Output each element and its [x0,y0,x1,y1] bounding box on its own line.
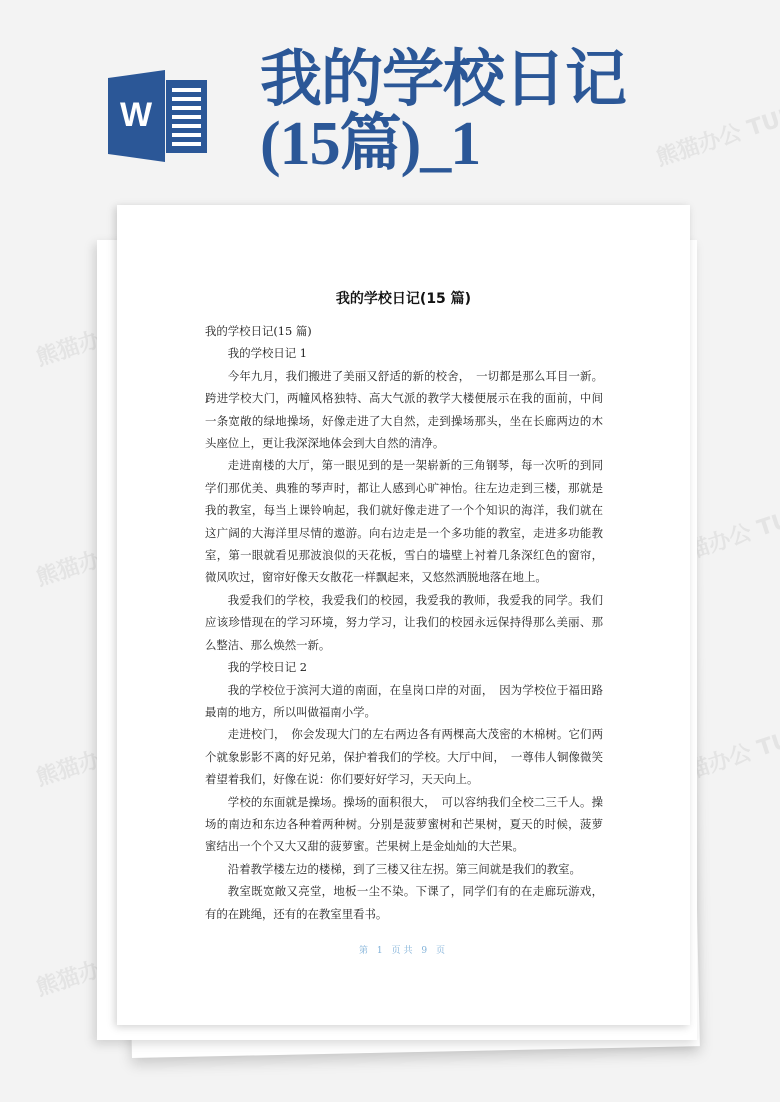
paragraph: 今年九月，我们搬进了美丽又舒适的新的校舍， 一切都是那么耳目一新。跨进学校大门，… [205,365,603,455]
word-document-icon: W [108,70,208,162]
document-title: 我的学校日记(15 篇) [117,288,690,308]
section-heading: 我的学校日记 2 [205,656,603,678]
paragraph: 沿着教学楼左边的楼梯，到了三楼又往左拐。第三间就是我们的教室。 [205,858,603,880]
document-page: 我的学校日记(15 篇) 我的学校日记(15 篇) 我的学校日记 1 今年九月，… [117,205,690,1025]
watermark: 熊猫办公 TUKUPPT.COM [652,59,780,173]
paragraph: 学校的东面就是操场。操场的面积很大， 可以容纳我们全校二三千人。操场的南边和东边… [205,791,603,858]
paragraph: 我的学校位于滨河大道的南面，在皇岗口岸的对面， 因为学校位于福田路最南的地方，所… [205,679,603,724]
page-number-footer: 第 1 页共 9 页 [117,943,690,956]
page-title: 我的学校日记(15篇)_1 [260,48,640,176]
paragraph: 教室既宽敞又亮堂，地板一尘不染。下课了，同学们有的在走廊玩游戏，有的在跳绳，还有… [205,880,603,925]
section-heading: 我的学校日记 1 [205,342,603,364]
document-body: 我的学校日记(15 篇) 我的学校日记 1 今年九月，我们搬进了美丽又舒适的新的… [205,320,603,925]
paragraph: 我的学校日记(15 篇) [205,320,603,342]
paragraph: 我爱我们的学校，我爱我们的校园，我爱我的教师，我爱我的同学。我们应该珍惜现在的学… [205,589,603,656]
svg-text:W: W [120,96,153,134]
paragraph: 走进校门， 你会发现大门的左右两边各有两棵高大茂密的木棉树。它们两个就象影影不离… [205,723,603,790]
paragraph: 走进南楼的大厅，第一眼见到的是一架崭新的三角钢琴，每一次听的到同学们那优美、典雅… [205,454,603,588]
